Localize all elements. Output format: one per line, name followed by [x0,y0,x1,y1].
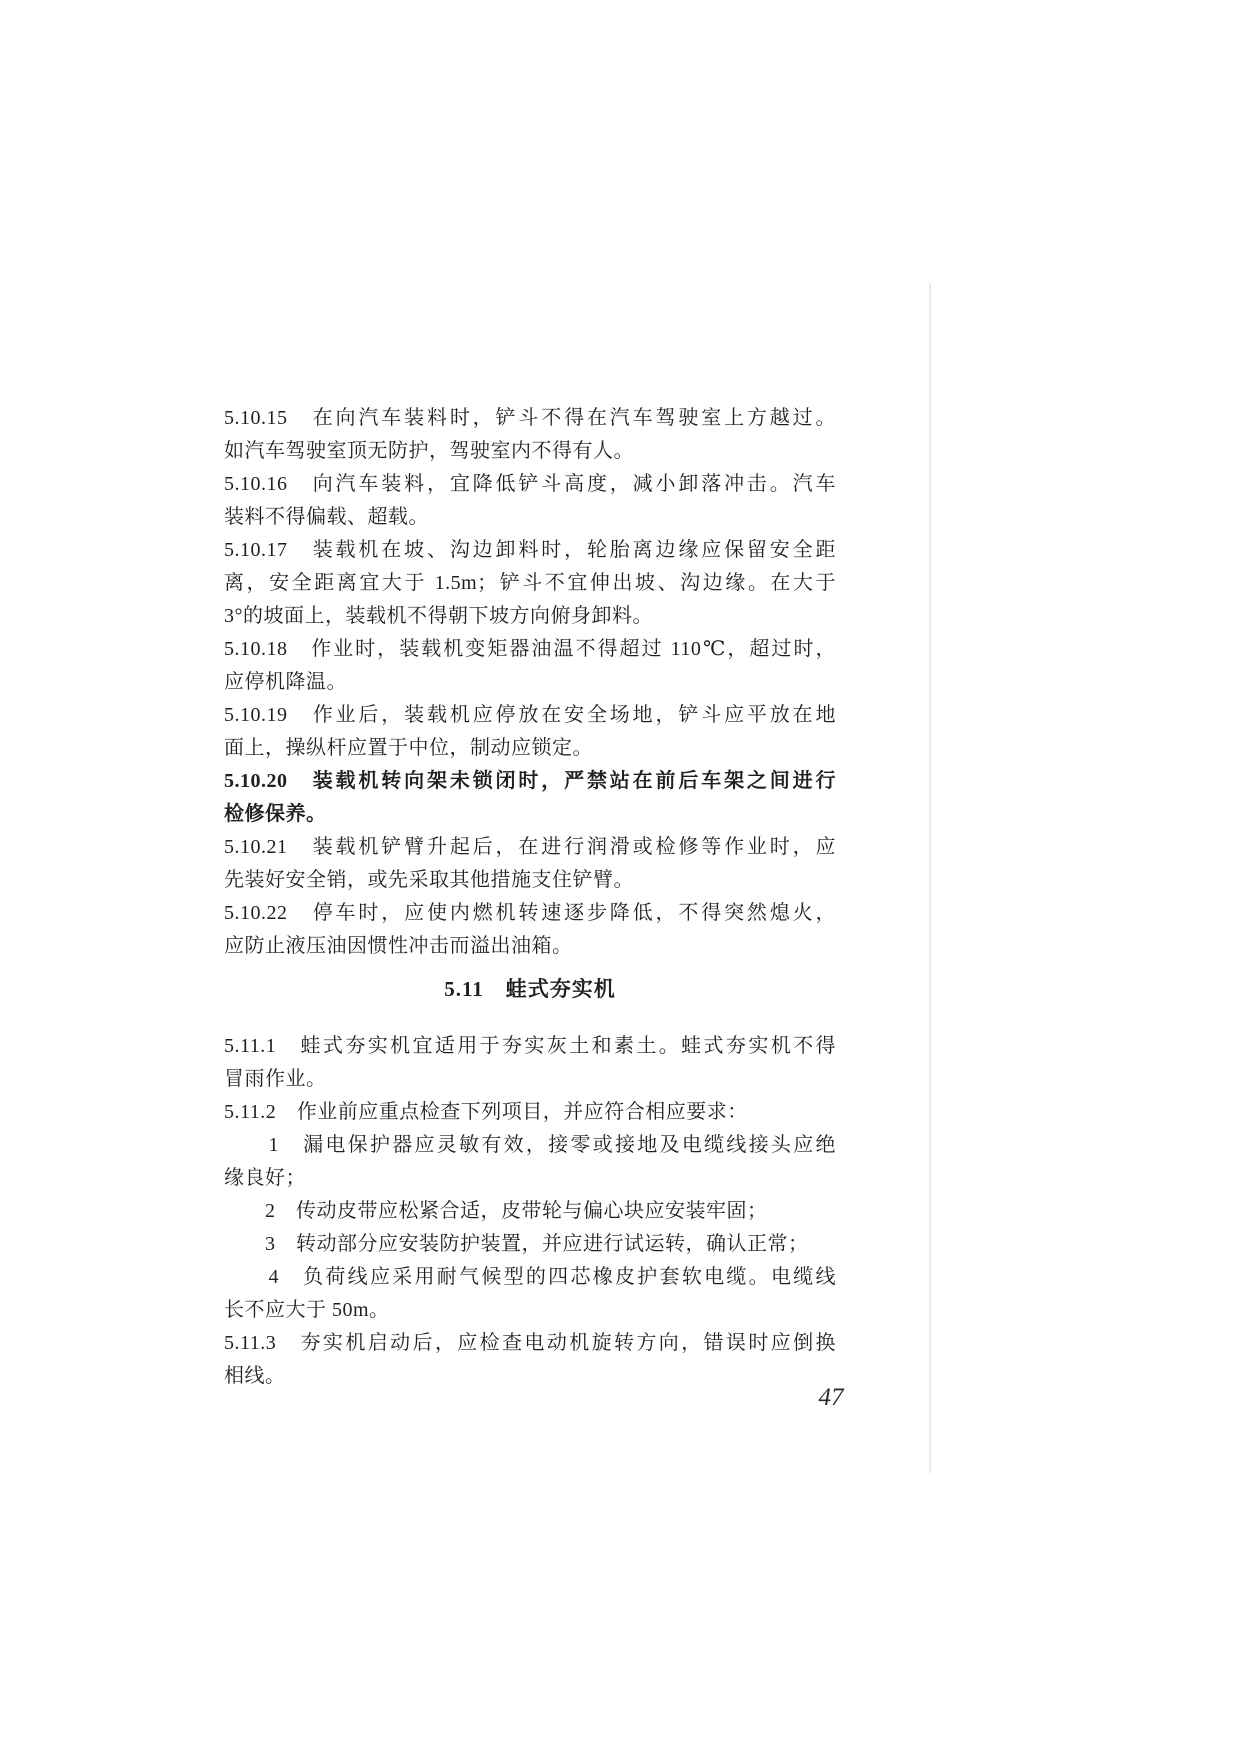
clause-5-11-2-item-2-line-1: 2 传动皮带应松紧合适，皮带轮与偏心块应安装牢固； [224,1195,836,1228]
clause-5-11-3-line-1: 5.11.3 夯实机启动后，应检查电动机旋转方向，错误时应倒换 [224,1327,836,1360]
clause-5-11-2-line-1: 5.11.2 作业前应重点检查下列项目，并应符合相应要求： [224,1096,836,1129]
clause-5-10-17-line-1: 5.10.17 装载机在坡、沟边卸料时，轮胎离边缘应保留安全距 [224,534,836,567]
clause-5-11-3-line-2: 相线。 [224,1360,836,1393]
page-number: 47 [796,1384,866,1412]
clause-5-10-22-line-1: 5.10.22 停车时，应使内燃机转速逐步降低，不得突然熄火， [224,897,836,930]
clause-5-10-21-line-2: 先装好安全销，或先采取其他措施支住铲臂。 [224,864,836,897]
clause-5-10-18-line-1: 5.10.18 作业时，装载机变矩器油温不得超过 110℃，超过时， [224,633,836,666]
clause-5-10-18-line-2: 应停机降温。 [224,666,836,699]
clause-5-11-2-item-1-line-1: 1 漏电保护器应灵敏有效，接零或接地及电缆线接头应绝 [224,1129,836,1162]
clause-5-11-2-item-3-line-1: 3 转动部分应安装防护装置，并应进行试运转，确认正常； [224,1228,836,1261]
section-heading-5-11: 5.11 蛙式夯实机 [224,973,836,1006]
clause-5-10-17-line-3: 3°的坡面上，装载机不得朝下坡方向俯身卸料。 [224,600,836,633]
clause-5-10-17-line-2: 离，安全距离宜大于 1.5m；铲斗不宜伸出坡、沟边缘。在大于 [224,567,836,600]
clause-5-10-22-line-2: 应防止液压油因惯性冲击而溢出油箱。 [224,930,836,963]
clause-5-10-19-line-2: 面上，操纵杆应置于中位，制动应锁定。 [224,732,836,765]
clause-5-10-15-line-1: 5.10.15 在向汽车装料时，铲斗不得在汽车驾驶室上方越过。 [224,402,836,435]
clause-5-11-1-line-2: 冒雨作业。 [224,1063,836,1096]
scanned-document-page: 5.10.15 在向汽车装料时，铲斗不得在汽车驾驶室上方越过。 如汽车驾驶室顶无… [0,0,1240,1754]
scan-artifact-line [929,283,931,1473]
clause-5-11-2-item-4-line-1: 4 负荷线应采用耐气候型的四芯橡皮护套软电缆。电缆线 [224,1261,836,1294]
clause-5-11-1-line-1: 5.11.1 蛙式夯实机宜适用于夯实灰土和素土。蛙式夯实机不得 [224,1030,836,1063]
clause-5-11-2-item-1-line-2: 缘良好； [224,1162,836,1195]
clause-5-11-2-item-4-line-2: 长不应大于 50m。 [224,1294,836,1327]
clause-5-10-15-line-2: 如汽车驾驶室顶无防护，驾驶室内不得有人。 [224,435,836,468]
clause-5-10-16-line-1: 5.10.16 向汽车装料，宜降低铲斗高度，减小卸落冲击。汽车 [224,468,836,501]
clause-5-10-20-line-2: 检修保养。 [224,798,836,831]
clause-5-10-19-line-1: 5.10.19 作业后，装载机应停放在安全场地，铲斗应平放在地 [224,699,836,732]
clause-5-10-20-line-1: 5.10.20 装载机转向架未锁闭时，严禁站在前后车架之间进行 [224,765,836,798]
clause-5-10-16-line-2: 装料不得偏载、超载。 [224,501,836,534]
body-text-block: 5.10.15 在向汽车装料时，铲斗不得在汽车驾驶室上方越过。 如汽车驾驶室顶无… [224,402,836,1393]
clause-5-10-21-line-1: 5.10.21 装载机铲臂升起后，在进行润滑或检修等作业时，应 [224,831,836,864]
